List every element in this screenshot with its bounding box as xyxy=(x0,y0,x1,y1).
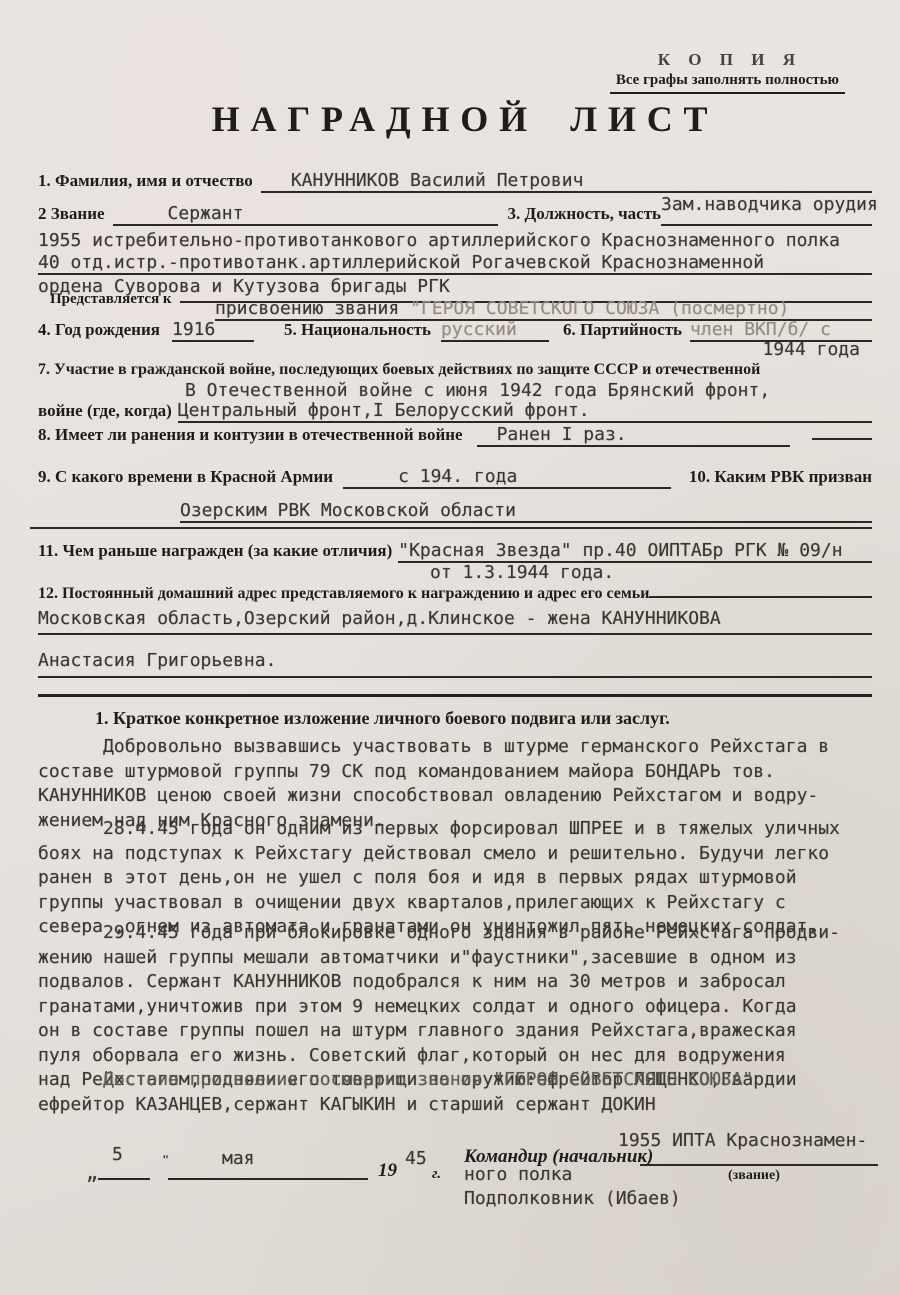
field8-label: 8. Имеет ли ранения и контузии в отечест… xyxy=(38,425,463,445)
fill-all-fields-note: Все графы заполнять полностью xyxy=(610,72,845,94)
field6-label: 6. Партийность xyxy=(563,320,682,340)
date-year-prefix: 19 xyxy=(378,1160,397,1182)
field3-label: 3. Должность, часть xyxy=(508,204,662,224)
field11-label: 11. Чем раньше награжден (за какие отлич… xyxy=(38,541,392,561)
date-month-line xyxy=(168,1178,368,1180)
empty-ruled-line xyxy=(38,694,872,697)
award-sheet-document: К О П И Я Все графы заполнять полностью … xyxy=(0,0,900,1295)
date-day-line xyxy=(98,1178,150,1180)
commander-unit-line2: ного полка xyxy=(464,1164,572,1185)
date-year-suffix: 45 xyxy=(405,1148,427,1169)
commander-unit-line1: 1955 ИПТА Краснознамен- xyxy=(618,1130,867,1151)
field12-value-line2: Анастасия Григорьевна. xyxy=(38,650,276,671)
field2-value: Сержант xyxy=(168,203,244,224)
field1-label: 1. Фамилия, имя и отчество xyxy=(38,171,253,191)
field11-value-line2: от 1.3.1944 года. xyxy=(430,562,614,583)
field12-label: 12. Постоянный домашний адрес представля… xyxy=(38,585,649,603)
rank-caption: (звание) xyxy=(728,1168,780,1184)
date-open-quote: „ xyxy=(86,1160,98,1184)
field7-value-line1: В Отечественной войне с июня 1942 года Б… xyxy=(185,380,770,401)
field10-label: 10. Каким РВК призван xyxy=(689,467,872,487)
commander-signature-line xyxy=(640,1164,878,1166)
date-year-g: г. xyxy=(432,1166,441,1183)
field5-label: 5. Национальность xyxy=(284,320,431,340)
field7-label: 7. Участие в гражданской войне, последую… xyxy=(38,361,760,379)
field12-value-line1: Московская область,Озерский район,д.Клин… xyxy=(38,608,721,629)
field11-value-line1: "Красная Звезда" пр.40 ОИПТАБр РГК № 09/… xyxy=(398,540,842,561)
presented-for-label: Представляется к xyxy=(50,291,172,308)
date-day: 5 xyxy=(112,1144,123,1165)
field4-label: 4. Год рождения xyxy=(38,320,160,340)
field3-unit-line2: 40 отд.истр.-противотанк.артиллерийской … xyxy=(38,252,764,273)
document-title: НАГРАДНОЙ ЛИСТ xyxy=(0,98,900,140)
field3-value: Зам.наводчика орудия xyxy=(661,194,878,215)
feat-section-heading: 1. Краткое конкретное изложение личного … xyxy=(95,708,670,729)
field7-value-line2: Центральный фронт,I Белорусский фронт. xyxy=(178,400,590,421)
commander-rank-name: Подполковник (Ибаев) xyxy=(464,1188,681,1209)
field10-value: Озерским РВК Московской области xyxy=(180,500,516,521)
field5-value: русский xyxy=(441,319,517,340)
field3-unit-line1: 1955 истребительно-противотанкового арти… xyxy=(38,230,840,251)
field7-label2: войне (где, когда) xyxy=(38,401,172,421)
copy-stamp: К О П И Я xyxy=(658,50,802,70)
field8-value: Ранен I раз. xyxy=(497,424,627,445)
presented-for-value: присвоению звания xyxy=(215,298,410,319)
field6-value: член ВКП/б/ с xyxy=(690,319,831,340)
field4-value: 1916 xyxy=(172,319,215,340)
field1-value: КАНУННИКОВ Василий Петрович xyxy=(291,170,584,191)
presented-for-value-faded: "ГЕРОЯ СОВЕТСКОГО СОЮЗА (посмертно) xyxy=(410,298,789,319)
field9-value: с 194. года xyxy=(398,466,517,487)
field6-value-line2: 1944 года xyxy=(762,339,860,360)
feat-conclusion: Достоин присвоения посмертно звания "ГЕР… xyxy=(38,1068,878,1093)
date-close-quote: " xyxy=(162,1152,169,1168)
field2-label: 2 Звание xyxy=(38,204,105,224)
separator-line xyxy=(30,527,872,529)
date-month: мая xyxy=(222,1148,255,1169)
field9-label: 9. С какого времени в Красной Армии xyxy=(38,467,333,487)
